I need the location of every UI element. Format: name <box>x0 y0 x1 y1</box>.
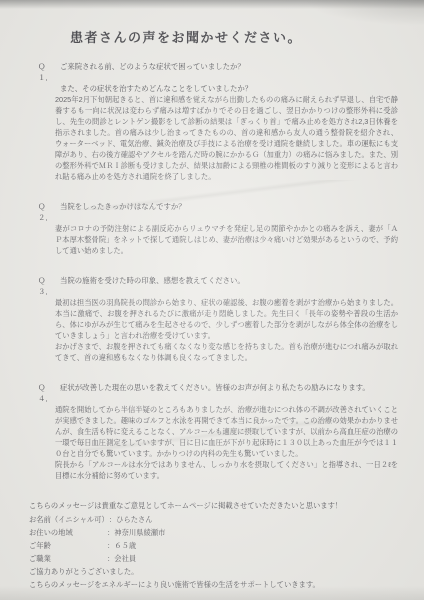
question-2-answer: 妻がコロナの予防注射による副反応からリュウマチを発症し足の関節やかかとの痛みを訴… <box>55 223 398 256</box>
publish-note: こちらのメッセージは貴重なご意見としてホームページに掲載させていただきたいと思い… <box>29 500 398 511</box>
question-3-answer-2: おかげさまで、お腹を押されても痛くなくなり変な感じを持ちました。首も治療が進むに… <box>55 341 398 363</box>
question-4-number: Ｑ４． <box>38 382 60 404</box>
question-1-number: Ｑ１． <box>38 61 60 83</box>
field-occupation-label: ご職業 <box>29 552 107 565</box>
question-2-number: Ｑ２． <box>38 201 60 223</box>
field-occupation: ご職業 ：会社員 <box>29 552 398 565</box>
question-3-number: Ｑ３． <box>38 275 60 297</box>
closing-line: こちらのメッセージをエネルギーにより良い施術で皆様の生活をサポートしていきます。 <box>29 578 398 591</box>
question-3-heading: 当院の施術を受けた時の印象、感想を教えてください。 <box>60 275 398 297</box>
question-section-3: Ｑ３． 当院の施術を受けた時の印象、感想を教えてください。 最初は担当医の羽鳥院… <box>38 275 398 363</box>
field-name-label: お名前（イニシャル可） <box>29 513 109 526</box>
field-region-value: ：神奈川県綾瀬市 <box>107 526 165 539</box>
question-3-header: Ｑ３． 当院の施術を受けた時の印象、感想を教えてください。 <box>38 275 398 297</box>
question-1-subheading: また、その症状を治すためどんなことをしていましたか？ <box>60 83 398 94</box>
field-name-value: ：ひらたさん <box>109 513 153 526</box>
scanned-survey-page: 患者さんの声をお聞かせください。 Ｑ１． ご来院される前、どのような症状で困って… <box>0 0 424 600</box>
question-section-4: Ｑ４． 症状が改善した現在の思いを教えてください。皆様のお声が何より私たちの励み… <box>38 382 398 481</box>
respondent-info-footer: こちらのメッセージは貴重なご意見としてホームページに掲載させていただきたいと思い… <box>29 500 398 591</box>
question-2-header: Ｑ２． 当院をしったきっかけはなんですか？ <box>38 201 398 223</box>
field-age-label: ご年齢 <box>29 539 107 552</box>
field-age: ご年齢 ：６５歳 <box>29 539 398 552</box>
field-occupation-value: ：会社員 <box>107 552 136 565</box>
question-4-answer-1: 通院を開始してから半信半疑のところもありましたが、治療が進むにつれ体の不調が改善… <box>55 404 398 459</box>
question-2-heading: 当院をしったきっかけはなんですか？ <box>60 201 398 223</box>
question-4-heading: 症状が改善した現在の思いを教えてください。皆様のお声が何より私たちの励みになりま… <box>60 382 398 404</box>
question-4-header: Ｑ４． 症状が改善した現在の思いを教えてください。皆様のお声が何より私たちの励み… <box>38 382 398 404</box>
field-age-value: ：６５歳 <box>107 539 136 552</box>
thanks-line: ご協力ありがとうございました。 <box>29 565 398 578</box>
question-3-answer-1: 最初は担当医の羽鳥院長の問診から始まり、症状の確認後、お腹の癒着を剥がす治療から… <box>55 297 398 341</box>
question-4-answer-2: 院長から「アルコールは水分ではありません、しっかり水を摂取してください」と指導さ… <box>55 459 398 481</box>
question-section-2: Ｑ２． 当院をしったきっかけはなんですか？ 妻がコロナの予防注射による副反応から… <box>38 201 398 256</box>
field-region: お住いの地域 ：神奈川県綾瀬市 <box>29 526 398 539</box>
field-region-label: お住いの地域 <box>29 526 107 539</box>
question-1-answer: 2025年2月下旬朝起きると、首に違和感を覚えながら出勤したものの痛みに耐えられ… <box>55 94 398 182</box>
field-name: お名前（イニシャル可） ：ひらたさん <box>29 513 398 526</box>
question-1-header: Ｑ１． ご来院される前、どのような症状で困っていましたか？ <box>38 61 398 83</box>
question-1-heading: ご来院される前、どのような症状で困っていましたか？ <box>60 61 398 83</box>
page-title: 患者さんの声をお聞かせください。 <box>70 27 398 46</box>
question-section-1: Ｑ１． ご来院される前、どのような症状で困っていましたか？ また、その症状を治す… <box>38 61 398 182</box>
